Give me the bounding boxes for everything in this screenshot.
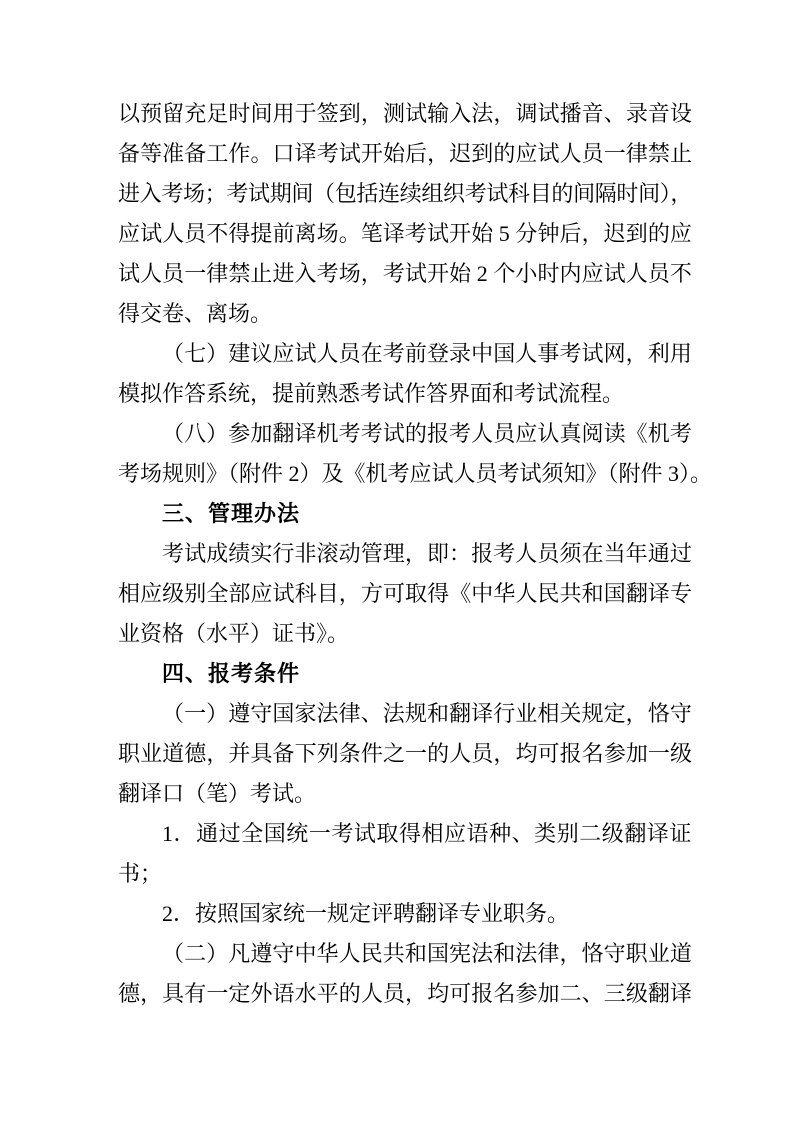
- section-heading: 四、报考条件: [118, 654, 692, 694]
- text-line-content: 应试人员不得提前离场。笔译考试开始 5 分钟后，迟到的应: [118, 214, 692, 254]
- text-line: 书；: [118, 854, 692, 894]
- text-line-content: 翻译口（笔）考试。: [118, 774, 316, 814]
- text-line-content: 以预留充足时间用于签到，测试输入法，调试播音、录音设: [118, 94, 692, 134]
- document-page: 以预留充足时间用于签到，测试输入法，调试播音、录音设备等准备工作。口译考试开始后…: [0, 0, 794, 1123]
- text-line-content: 得交卷、离场。: [118, 294, 272, 334]
- text-line-content: （二）凡遵守中华人民共和国宪法和法律，恪守职业道: [162, 934, 692, 974]
- text-line: 德，具有一定外语水平的人员，均可报名参加二、三级翻译: [118, 974, 692, 1014]
- text-line-content: （一）遵守国家法律、法规和翻译行业相关规定，恪守: [162, 694, 692, 734]
- text-line-content: 职业道德，并具备下列条件之一的人员，均可报名参加一级: [118, 734, 692, 774]
- text-line: 应试人员不得提前离场。笔译考试开始 5 分钟后，迟到的应: [118, 214, 692, 254]
- text-line: 得交卷、离场。: [118, 294, 692, 334]
- text-line: 翻译口（笔）考试。: [118, 774, 692, 814]
- text-line: （七）建议应试人员在考前登录中国人事考试网，利用: [118, 334, 692, 374]
- text-line: 模拟作答系统，提前熟悉考试作答界面和考试流程。: [118, 374, 692, 414]
- paragraph: （七）建议应试人员在考前登录中国人事考试网，利用模拟作答系统，提前熟悉考试作答界…: [118, 334, 692, 414]
- text-line-content: 进入考场；考试期间（包括连续组织考试科目的间隔时间），: [118, 174, 692, 214]
- section-heading: 三、管理办法: [118, 494, 692, 534]
- text-line: 备等准备工作。口译考试开始后，迟到的应试人员一律禁止: [118, 134, 692, 174]
- text-line: 相应级别全部应试科目，方可取得《中华人民共和国翻译专: [118, 574, 692, 614]
- text-line-content: 相应级别全部应试科目，方可取得《中华人民共和国翻译专: [118, 574, 692, 614]
- text-line: （二）凡遵守中华人民共和国宪法和法律，恪守职业道: [118, 934, 692, 974]
- section-heading-text: 四、报考条件: [162, 654, 300, 694]
- text-line: （一）遵守国家法律、法规和翻译行业相关规定，恪守: [118, 694, 692, 734]
- text-line: 业资格（水平）证书》。: [118, 614, 692, 654]
- text-line: 2．按照国家统一规定评聘翻译专业职务。: [118, 894, 692, 934]
- paragraph: （二）凡遵守中华人民共和国宪法和法律，恪守职业道德，具有一定外语水平的人员，均可…: [118, 934, 692, 1014]
- text-line: 考场规则》（附件 2）及《机考应试人员考试须知》（附件 3）。: [118, 454, 692, 494]
- text-line-content: （七）建议应试人员在考前登录中国人事考试网，利用: [162, 334, 692, 374]
- text-line: 试人员一律禁止进入考场，考试开始 2 个小时内应试人员不: [118, 254, 692, 294]
- paragraph: 以预留充足时间用于签到，测试输入法，调试播音、录音设备等准备工作。口译考试开始后…: [118, 94, 692, 334]
- text-line: 职业道德，并具备下列条件之一的人员，均可报名参加一级: [118, 734, 692, 774]
- text-line-content: 书；: [118, 854, 162, 894]
- text-line-content: 备等准备工作。口译考试开始后，迟到的应试人员一律禁止: [118, 134, 692, 174]
- text-line-content: 模拟作答系统，提前熟悉考试作答界面和考试流程。: [118, 374, 624, 414]
- paragraph: 1．通过全国统一考试取得相应语种、类别二级翻译证书；: [118, 814, 692, 894]
- paragraph: 2．按照国家统一规定评聘翻译专业职务。: [118, 894, 692, 934]
- text-line-content: 考场规则》（附件 2）及《机考应试人员考试须知》（附件 3）。: [118, 454, 712, 494]
- text-line-content: 德，具有一定外语水平的人员，均可报名参加二、三级翻译: [118, 974, 692, 1014]
- text-line-content: 业资格（水平）证书》。: [118, 614, 349, 654]
- paragraph: （一）遵守国家法律、法规和翻译行业相关规定，恪守职业道德，并具备下列条件之一的人…: [118, 694, 692, 814]
- text-line-content: 考试成绩实行非滚动管理，即：报考人员须在当年通过: [162, 534, 692, 574]
- text-line-content: 1．通过全国统一考试取得相应语种、类别二级翻译证: [162, 814, 692, 854]
- text-line: 以预留充足时间用于签到，测试输入法，调试播音、录音设: [118, 94, 692, 134]
- text-line: 考试成绩实行非滚动管理，即：报考人员须在当年通过: [118, 534, 692, 574]
- text-line: 进入考场；考试期间（包括连续组织考试科目的间隔时间），: [118, 174, 692, 214]
- text-line: （八）参加翻译机考考试的报考人员应认真阅读《机考: [118, 414, 692, 454]
- section-heading-text: 三、管理办法: [162, 494, 300, 534]
- text-line-content: 2．按照国家统一规定评聘翻译专业职务。: [162, 894, 569, 934]
- text-line-content: 试人员一律禁止进入考场，考试开始 2 个小时内应试人员不: [118, 254, 692, 294]
- text-line-content: （八）参加翻译机考考试的报考人员应认真阅读《机考: [162, 414, 692, 454]
- paragraph: （八）参加翻译机考考试的报考人员应认真阅读《机考考场规则》（附件 2）及《机考应…: [118, 414, 692, 494]
- text-line: 1．通过全国统一考试取得相应语种、类别二级翻译证: [118, 814, 692, 854]
- paragraph: 考试成绩实行非滚动管理，即：报考人员须在当年通过相应级别全部应试科目，方可取得《…: [118, 534, 692, 654]
- document-body: 以预留充足时间用于签到，测试输入法，调试播音、录音设备等准备工作。口译考试开始后…: [118, 94, 692, 1014]
